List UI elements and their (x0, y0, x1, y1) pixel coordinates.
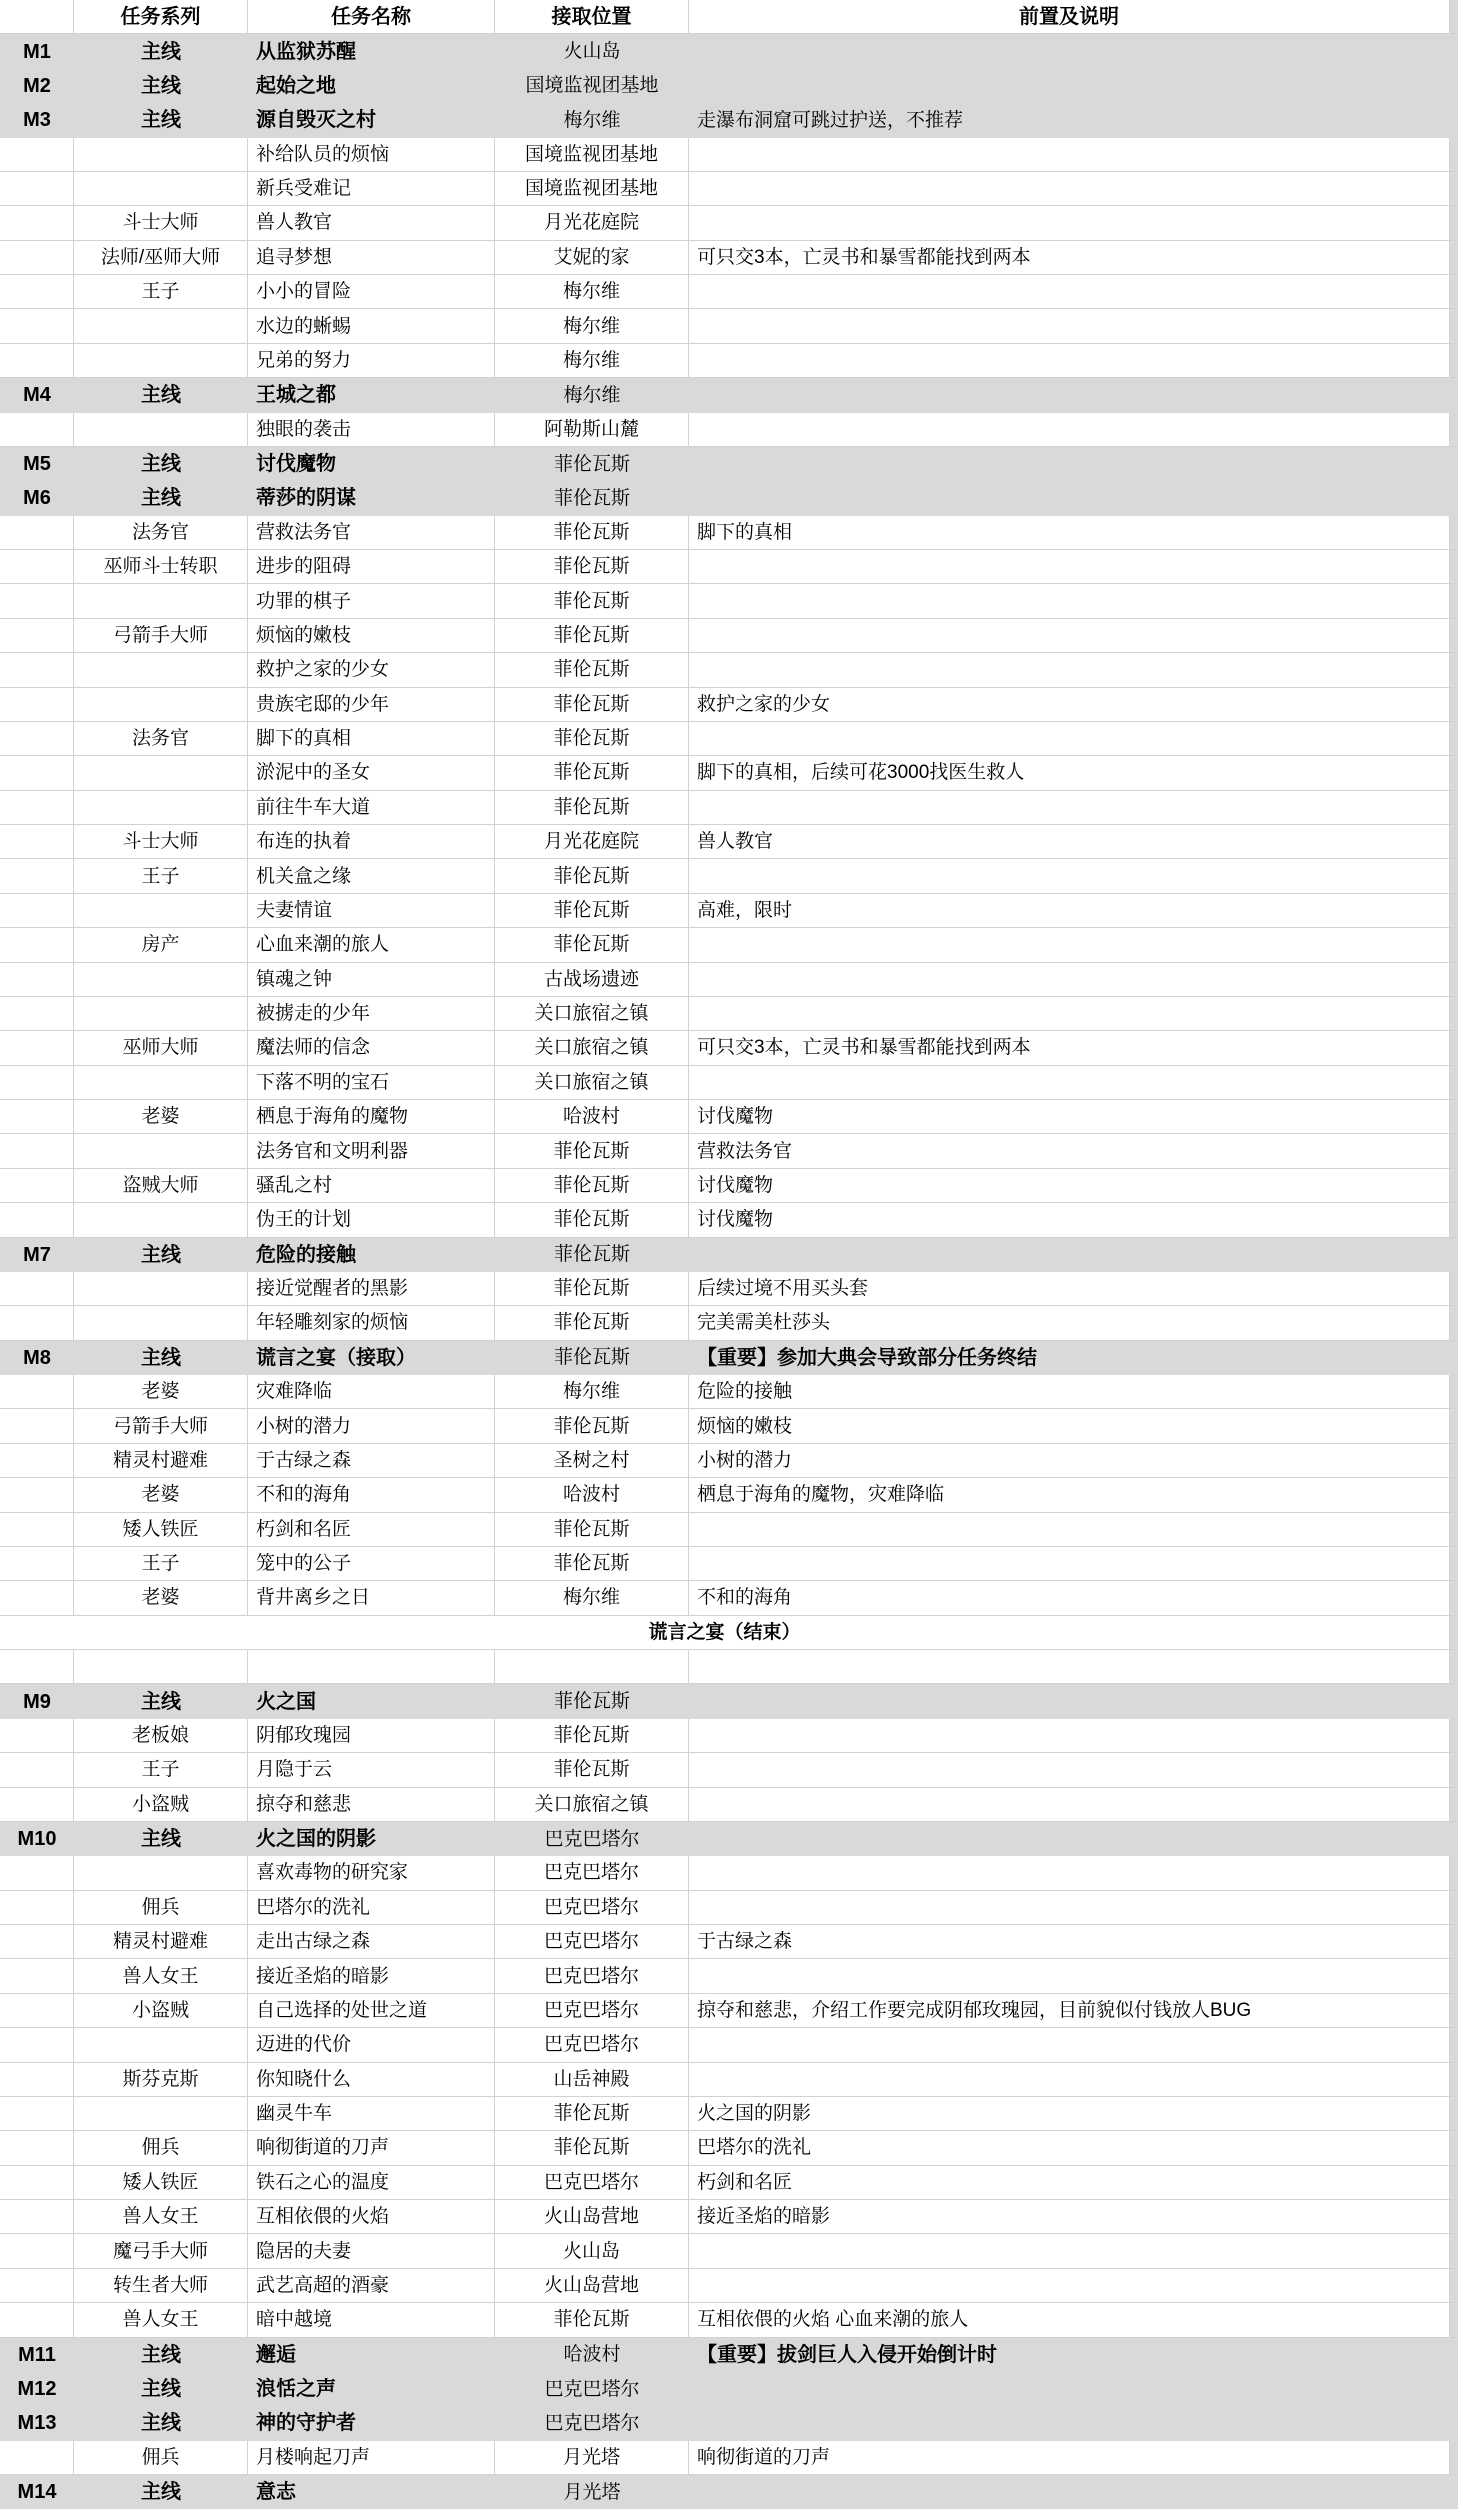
quest-id-cell (0, 1066, 74, 1099)
quest-location-cell: 梅尔维 (495, 378, 689, 412)
right-gutter (1450, 2406, 1458, 2440)
quest-row: 佣兵响彻街道的刀声菲伦瓦斯巴塔尔的洗礼 (0, 2131, 1458, 2165)
quest-id-cell: M9 (0, 1684, 74, 1718)
quest-location-cell: 月光塔 (495, 2441, 689, 2474)
quest-row: 佣兵巴塔尔的洗礼巴克巴塔尔 (0, 1891, 1458, 1925)
quest-name-cell: 走出古绿之森 (248, 1925, 495, 1958)
quest-row: 弓箭手大师烦恼的嫩枝菲伦瓦斯 (0, 619, 1458, 653)
main-quest-row: M12主线浪恬之声巴克巴塔尔 (0, 2372, 1458, 2406)
main-quest-row: M8主线谎言之宴（接取）菲伦瓦斯【重要】参加大典会导致部分任务终结 (0, 1341, 1458, 1375)
quest-series-cell: 主线 (74, 1822, 248, 1856)
quest-note-cell: 危险的接触 (689, 1375, 1450, 1408)
quest-name-cell: 脚下的真相 (248, 722, 495, 755)
quest-name-cell: 布连的执着 (248, 825, 495, 858)
quest-note-cell: 栖息于海角的魔物，灾难降临 (689, 1478, 1450, 1511)
quest-series-cell: 主线 (74, 1684, 248, 1718)
quest-row: 巫师斗士转职进步的阻碍菲伦瓦斯 (0, 550, 1458, 584)
right-gutter (1450, 1581, 1458, 1614)
section-end-label: 谎言之宴（结束） (0, 1616, 1450, 1649)
quest-name-cell: 接近觉醒者的黑影 (248, 1272, 495, 1305)
quest-id-cell (0, 1856, 74, 1889)
quest-location-cell: 菲伦瓦斯 (495, 894, 689, 927)
right-gutter (1450, 481, 1458, 515)
quest-note-cell (689, 963, 1450, 996)
quest-location-cell: 菲伦瓦斯 (495, 1306, 689, 1339)
right-gutter (1450, 2166, 1458, 2199)
quest-id-cell (0, 275, 74, 308)
quest-id-cell (0, 722, 74, 755)
quest-note-cell: 【重要】参加大典会导致部分任务终结 (689, 1341, 1450, 1375)
quest-series-cell: 佣兵 (74, 2131, 248, 2164)
quest-note-cell (689, 619, 1450, 652)
right-gutter (1450, 1650, 1458, 1683)
quest-series-cell (74, 138, 248, 171)
quest-location-cell: 国境监视团基地 (495, 138, 689, 171)
quest-id-cell: M5 (0, 447, 74, 481)
quest-location-cell: 火山岛营地 (495, 2200, 689, 2233)
quest-name-cell: 邂逅 (248, 2338, 495, 2372)
quest-name-cell: 幽灵牛车 (248, 2097, 495, 2130)
quest-note-cell (689, 2028, 1450, 2061)
main-quest-row: M2主线起始之地国境监视团基地 (0, 69, 1458, 103)
quest-id-cell (0, 1719, 74, 1752)
quest-series-cell (74, 997, 248, 1030)
quest-row: 救护之家的少女菲伦瓦斯 (0, 653, 1458, 687)
quest-series-cell (74, 1272, 248, 1305)
right-gutter (1450, 1959, 1458, 1992)
quest-series-cell: 主线 (74, 2406, 248, 2440)
quest-series-cell: 主线 (74, 378, 248, 412)
right-gutter (1450, 241, 1458, 274)
quest-name-cell: 谎言之宴（接取） (248, 1341, 495, 1375)
right-gutter (1450, 1891, 1458, 1924)
quest-name-cell: 月楼响起刀声 (248, 2441, 495, 2474)
quest-location-cell: 关口旅宿之镇 (495, 997, 689, 1030)
quest-series-cell (74, 963, 248, 996)
quest-id-cell (0, 653, 74, 686)
quest-series-cell: 斗士大师 (74, 825, 248, 858)
quest-row: 前往牛车大道菲伦瓦斯 (0, 791, 1458, 825)
quest-row: 斯芬克斯你知晓什么山岳神殿 (0, 2063, 1458, 2097)
blank-row (0, 1650, 1458, 1684)
quest-note-cell: 可只交3本，亡灵书和暴雪都能找到两本 (689, 1031, 1450, 1064)
right-gutter (1450, 584, 1458, 617)
quest-series-cell (74, 584, 248, 617)
quest-id-cell (0, 1513, 74, 1546)
right-gutter (1450, 103, 1458, 137)
quest-series-cell (74, 1856, 248, 1889)
quest-note-cell (689, 275, 1450, 308)
quest-note-cell (689, 1684, 1450, 1718)
quest-id-cell (0, 1547, 74, 1580)
quest-series-cell (74, 344, 248, 377)
quest-series-cell: 主线 (74, 447, 248, 481)
right-gutter (1450, 1856, 1458, 1889)
quest-name-cell: 自己选择的处世之道 (248, 1994, 495, 2027)
quest-series-cell: 兽人女王 (74, 1959, 248, 1992)
quest-location-cell: 菲伦瓦斯 (495, 481, 689, 515)
quest-row: 兄弟的努力梅尔维 (0, 344, 1458, 378)
quest-series-cell (74, 1306, 248, 1339)
quest-series-cell: 王子 (74, 275, 248, 308)
right-gutter (1450, 1306, 1458, 1339)
quest-name-cell: 淤泥中的圣女 (248, 756, 495, 789)
quest-note-cell: 响彻街道的刀声 (689, 2441, 1450, 2474)
quest-note-cell (689, 653, 1450, 686)
main-quest-row: M5主线讨伐魔物菲伦瓦斯 (0, 447, 1458, 481)
quest-name-cell: 危险的接触 (248, 1238, 495, 1272)
quest-id-cell (0, 1959, 74, 1992)
right-gutter (1450, 1444, 1458, 1477)
right-gutter (1450, 2028, 1458, 2061)
table-body: M1主线从监狱苏醒火山岛M2主线起始之地国境监视团基地M3主线源自毁灭之村梅尔维… (0, 34, 1458, 2509)
quest-row: 功罪的棋子菲伦瓦斯 (0, 584, 1458, 618)
quest-series-cell: 老婆 (74, 1581, 248, 1614)
quest-location-cell: 菲伦瓦斯 (495, 619, 689, 652)
quest-note-cell (689, 309, 1450, 342)
quest-id-cell (0, 241, 74, 274)
quest-location-cell: 国境监视团基地 (495, 172, 689, 205)
quest-name-cell: 不和的海角 (248, 1478, 495, 1511)
right-gutter (1450, 619, 1458, 652)
quest-note-cell: 走瀑布洞窟可跳过护送，不推荐 (689, 103, 1450, 137)
quest-note-cell: 小树的潜力 (689, 1444, 1450, 1477)
header-id-cell (0, 0, 74, 33)
quest-name-cell: 月隐于云 (248, 1753, 495, 1786)
quest-name-cell: 前往牛车大道 (248, 791, 495, 824)
quest-row: 镇魂之钟古战场遗迹 (0, 963, 1458, 997)
quest-row: 兽人女王互相依偎的火焰火山岛营地接近圣焰的暗影 (0, 2200, 1458, 2234)
quest-row: 淤泥中的圣女菲伦瓦斯脚下的真相，后续可花3000找医生救人 (0, 756, 1458, 790)
right-gutter (1450, 2475, 1458, 2509)
quest-note-cell (689, 481, 1450, 515)
right-gutter (1450, 1031, 1458, 1064)
right-gutter (1450, 2338, 1458, 2372)
quest-row: 年轻雕刻家的烦恼菲伦瓦斯完美需美杜莎头 (0, 1306, 1458, 1340)
quest-note-cell (689, 138, 1450, 171)
right-gutter (1450, 1169, 1458, 1202)
quest-note-cell: 后续过境不用买头套 (689, 1272, 1450, 1305)
quest-id-cell (0, 550, 74, 583)
right-gutter (1450, 825, 1458, 858)
quest-row: 王子月隐于云菲伦瓦斯 (0, 1753, 1458, 1787)
right-gutter (1450, 997, 1458, 1030)
quest-id-cell (0, 206, 74, 239)
quest-id-cell (0, 1925, 74, 1958)
quest-name-cell: 贵族宅邸的少年 (248, 688, 495, 721)
right-gutter (1450, 1822, 1458, 1856)
quest-name-cell: 追寻梦想 (248, 241, 495, 274)
quest-name-cell: 阴郁玫瑰园 (248, 1719, 495, 1752)
quest-id-cell (0, 791, 74, 824)
quest-name-cell: 补给队员的烦恼 (248, 138, 495, 171)
quest-name-cell (248, 1650, 495, 1683)
quest-name-cell: 铁石之心的温度 (248, 2166, 495, 2199)
quest-note-cell: 接近圣焰的暗影 (689, 2200, 1450, 2233)
right-gutter (1450, 1684, 1458, 1718)
quest-name-cell: 暗中越境 (248, 2303, 495, 2336)
quest-row: 法务官营救法务官菲伦瓦斯脚下的真相 (0, 516, 1458, 550)
quest-row: 夫妻情谊菲伦瓦斯高难，限时 (0, 894, 1458, 928)
quest-series-cell: 法务官 (74, 722, 248, 755)
quest-note-cell (689, 1547, 1450, 1580)
quest-series-cell (74, 172, 248, 205)
quest-note-cell (689, 928, 1450, 961)
quest-location-cell: 菲伦瓦斯 (495, 928, 689, 961)
quest-row: 转生者大师武艺高超的酒豪火山岛营地 (0, 2269, 1458, 2303)
quest-location-cell: 哈波村 (495, 2338, 689, 2372)
quest-id-cell (0, 1031, 74, 1064)
quest-location-cell: 月光花庭院 (495, 206, 689, 239)
right-gutter (1450, 1788, 1458, 1821)
quest-name-cell: 火之国 (248, 1684, 495, 1718)
quest-id-cell (0, 2234, 74, 2267)
quest-note-cell: 完美需美杜莎头 (689, 1306, 1450, 1339)
quest-name-cell: 响彻街道的刀声 (248, 2131, 495, 2164)
quest-series-cell: 主线 (74, 2338, 248, 2372)
quest-name-cell: 火之国的阴影 (248, 1822, 495, 1856)
quest-series-cell (74, 2097, 248, 2130)
header-row: 任务系列 任务名称 接取位置 前置及说明 (0, 0, 1458, 34)
right-gutter (1450, 1616, 1458, 1649)
main-quest-row: M11主线邂逅哈波村【重要】拔剑巨人入侵开始倒计时 (0, 2338, 1458, 2372)
quest-id-cell (0, 1581, 74, 1614)
quest-series-cell (74, 309, 248, 342)
quest-series-cell: 精灵村避难 (74, 1925, 248, 1958)
quest-name-cell: 骚乱之村 (248, 1169, 495, 1202)
quest-series-cell: 房产 (74, 928, 248, 961)
quest-name-cell: 心血来潮的旅人 (248, 928, 495, 961)
right-gutter (1450, 1513, 1458, 1546)
quest-id-cell (0, 309, 74, 342)
quest-name-cell: 兽人教官 (248, 206, 495, 239)
quest-series-cell: 斗士大师 (74, 206, 248, 239)
quest-series-cell (74, 756, 248, 789)
quest-row: 老婆栖息于海角的魔物哈波村讨伐魔物 (0, 1100, 1458, 1134)
quest-id-cell (0, 756, 74, 789)
right-gutter (1450, 2441, 1458, 2474)
right-gutter (1450, 859, 1458, 892)
quest-name-cell: 被掳走的少年 (248, 997, 495, 1030)
quest-name-cell: 伪王的计划 (248, 1203, 495, 1236)
quest-id-cell: M2 (0, 69, 74, 103)
quest-location-cell: 菲伦瓦斯 (495, 1409, 689, 1442)
right-gutter (1450, 69, 1458, 103)
quest-note-cell: 巴塔尔的洗礼 (689, 2131, 1450, 2164)
quest-id-cell (0, 1994, 74, 2027)
quest-name-cell: 巴塔尔的洗礼 (248, 1891, 495, 1924)
header-name-cell: 任务名称 (248, 0, 495, 33)
quest-location-cell: 菲伦瓦斯 (495, 722, 689, 755)
quest-id-cell (0, 2441, 74, 2474)
quest-row: 小盗贼掠夺和慈悲关口旅宿之镇 (0, 1788, 1458, 1822)
quest-series-cell (74, 688, 248, 721)
quest-row: 接近觉醒者的黑影菲伦瓦斯后续过境不用买头套 (0, 1272, 1458, 1306)
quest-row: 盗贼大师骚乱之村菲伦瓦斯讨伐魔物 (0, 1169, 1458, 1203)
quest-note-cell (689, 1856, 1450, 1889)
quest-series-cell (74, 653, 248, 686)
quest-id-cell (0, 1272, 74, 1305)
quest-location-cell: 菲伦瓦斯 (495, 688, 689, 721)
quest-series-cell: 小盗贼 (74, 1788, 248, 1821)
quest-location-cell: 菲伦瓦斯 (495, 756, 689, 789)
quest-row: 兽人女王暗中越境菲伦瓦斯互相依偎的火焰 心血来潮的旅人 (0, 2303, 1458, 2337)
quest-note-cell: 火之国的阴影 (689, 2097, 1450, 2130)
quest-location-cell: 菲伦瓦斯 (495, 2131, 689, 2164)
main-quest-row: M10主线火之国的阴影巴克巴塔尔 (0, 1822, 1458, 1856)
quest-name-cell: 烦恼的嫩枝 (248, 619, 495, 652)
right-gutter (1450, 1753, 1458, 1786)
quest-id-cell (0, 2303, 74, 2336)
quest-id-cell (0, 1650, 74, 1683)
quest-name-cell: 机关盒之缘 (248, 859, 495, 892)
quest-series-cell: 王子 (74, 1547, 248, 1580)
quest-series-cell: 佣兵 (74, 1891, 248, 1924)
quest-name-cell: 迈进的代价 (248, 2028, 495, 2061)
quest-id-cell (0, 172, 74, 205)
right-gutter (1450, 928, 1458, 961)
quest-location-cell: 圣树之村 (495, 1444, 689, 1477)
quest-id-cell (0, 894, 74, 927)
quest-row: 独眼的袭击阿勒斯山麓 (0, 413, 1458, 447)
quest-name-cell: 背井离乡之日 (248, 1581, 495, 1614)
quest-id-cell (0, 997, 74, 1030)
quest-location-cell: 梅尔维 (495, 344, 689, 377)
quest-location-cell: 菲伦瓦斯 (495, 447, 689, 481)
quest-location-cell: 巴克巴塔尔 (495, 1891, 689, 1924)
quest-series-cell: 主线 (74, 481, 248, 515)
quest-location-cell: 巴克巴塔尔 (495, 1994, 689, 2027)
quest-location-cell: 菲伦瓦斯 (495, 2097, 689, 2130)
quest-name-cell: 功罪的棋子 (248, 584, 495, 617)
quest-name-cell: 魔法师的信念 (248, 1031, 495, 1064)
quest-series-cell: 王子 (74, 859, 248, 892)
quest-note-cell (689, 447, 1450, 481)
quest-name-cell: 新兵受难记 (248, 172, 495, 205)
quest-note-cell (689, 2063, 1450, 2096)
quest-name-cell: 起始之地 (248, 69, 495, 103)
quest-series-cell: 弓箭手大师 (74, 1409, 248, 1442)
quest-location-cell: 巴克巴塔尔 (495, 2166, 689, 2199)
quest-series-cell: 小盗贼 (74, 1994, 248, 2027)
right-gutter (1450, 2372, 1458, 2406)
quest-row: 矮人铁匠铁石之心的温度巴克巴塔尔朽剑和名匠 (0, 2166, 1458, 2200)
quest-row: 王子机关盒之缘菲伦瓦斯 (0, 859, 1458, 893)
quest-name-cell: 下落不明的宝石 (248, 1066, 495, 1099)
quest-note-cell: 讨伐魔物 (689, 1100, 1450, 1133)
quest-row: 兽人女王接近圣焰的暗影巴克巴塔尔 (0, 1959, 1458, 1993)
quest-row: 老板娘阴郁玫瑰园菲伦瓦斯 (0, 1719, 1458, 1753)
quest-name-cell: 水边的蜥蜴 (248, 309, 495, 342)
quest-location-cell: 菲伦瓦斯 (495, 1169, 689, 1202)
header-series-cell: 任务系列 (74, 0, 248, 33)
right-gutter (1450, 2131, 1458, 2164)
right-gutter (1450, 1375, 1458, 1408)
quest-id-cell (0, 138, 74, 171)
quest-location-cell: 菲伦瓦斯 (495, 1341, 689, 1375)
quest-name-cell: 笼中的公子 (248, 1547, 495, 1580)
quest-series-cell: 兽人女王 (74, 2303, 248, 2336)
quest-location-cell: 巴克巴塔尔 (495, 2372, 689, 2406)
quest-note-cell (689, 1719, 1450, 1752)
quest-name-cell: 救护之家的少女 (248, 653, 495, 686)
quest-id-cell (0, 2063, 74, 2096)
quest-row: 伪王的计划菲伦瓦斯讨伐魔物 (0, 1203, 1458, 1237)
quest-note-cell (689, 2372, 1450, 2406)
quest-note-cell: 高难，限时 (689, 894, 1450, 927)
quest-name-cell: 于古绿之森 (248, 1444, 495, 1477)
quest-note-cell: 讨伐魔物 (689, 1203, 1450, 1236)
quest-note-cell (689, 859, 1450, 892)
quest-id-cell (0, 413, 74, 446)
quest-name-cell: 讨伐魔物 (248, 447, 495, 481)
quest-location-cell: 菲伦瓦斯 (495, 859, 689, 892)
quest-name-cell: 神的守护者 (248, 2406, 495, 2440)
quest-location-cell: 古战场遗迹 (495, 963, 689, 996)
quest-note-cell (689, 1891, 1450, 1924)
quest-note-cell: 【重要】拔剑巨人入侵开始倒计时 (689, 2338, 1450, 2372)
quest-location-cell: 菲伦瓦斯 (495, 2303, 689, 2336)
quest-location-cell (495, 1650, 689, 1683)
right-gutter (1450, 1925, 1458, 1958)
right-gutter (1450, 447, 1458, 481)
main-quest-row: M3主线源自毁灭之村梅尔维走瀑布洞窟可跳过护送，不推荐 (0, 103, 1458, 137)
quest-row: 水边的蜥蜴梅尔维 (0, 309, 1458, 343)
quest-row: 法师/巫师大师追寻梦想艾妮的家可只交3本，亡灵书和暴雪都能找到两本 (0, 241, 1458, 275)
quest-row: 王子笼中的公子菲伦瓦斯 (0, 1547, 1458, 1581)
quest-name-cell: 蒂莎的阴谋 (248, 481, 495, 515)
quest-id-cell: M7 (0, 1238, 74, 1272)
quest-note-cell: 兽人教官 (689, 825, 1450, 858)
quest-row: 老婆不和的海角哈波村栖息于海角的魔物，灾难降临 (0, 1478, 1458, 1512)
main-quest-row: M9主线火之国菲伦瓦斯 (0, 1684, 1458, 1718)
main-quest-row: M13主线神的守护者巴克巴塔尔 (0, 2406, 1458, 2440)
quest-location-cell: 菲伦瓦斯 (495, 1684, 689, 1718)
quest-series-cell (74, 791, 248, 824)
main-quest-row: M7主线危险的接触菲伦瓦斯 (0, 1238, 1458, 1272)
quest-note-cell: 脚下的真相 (689, 516, 1450, 549)
quest-series-cell (74, 2028, 248, 2061)
quest-row: 佣兵月楼响起刀声月光塔响彻街道的刀声 (0, 2441, 1458, 2475)
quest-series-cell: 巫师大师 (74, 1031, 248, 1064)
right-gutter (1450, 275, 1458, 308)
quest-row: 喜欢毒物的研究家巴克巴塔尔 (0, 1856, 1458, 1890)
quest-note-cell (689, 1788, 1450, 1821)
quest-id-cell: M12 (0, 2372, 74, 2406)
quest-row: 矮人铁匠朽剑和名匠菲伦瓦斯 (0, 1513, 1458, 1547)
quest-id-cell (0, 825, 74, 858)
right-gutter (1450, 172, 1458, 205)
quest-location-cell: 菲伦瓦斯 (495, 791, 689, 824)
quest-id-cell (0, 1444, 74, 1477)
quest-row: 补给队员的烦恼国境监视团基地 (0, 138, 1458, 172)
right-gutter (1450, 1994, 1458, 2027)
quest-note-cell (689, 550, 1450, 583)
quest-id-cell: M1 (0, 34, 74, 68)
quest-location-cell: 菲伦瓦斯 (495, 516, 689, 549)
quest-series-cell: 矮人铁匠 (74, 1513, 248, 1546)
main-quest-row: M4主线王城之都梅尔维 (0, 378, 1458, 412)
quest-series-cell: 主线 (74, 2475, 248, 2509)
quest-location-cell: 巴克巴塔尔 (495, 1856, 689, 1889)
quest-note-cell (689, 997, 1450, 1030)
quest-location-cell: 菲伦瓦斯 (495, 584, 689, 617)
quest-series-cell: 法务官 (74, 516, 248, 549)
quest-series-cell (74, 1134, 248, 1167)
quest-name-cell: 独眼的袭击 (248, 413, 495, 446)
quest-series-cell: 主线 (74, 2372, 248, 2406)
quest-id-cell (0, 1134, 74, 1167)
